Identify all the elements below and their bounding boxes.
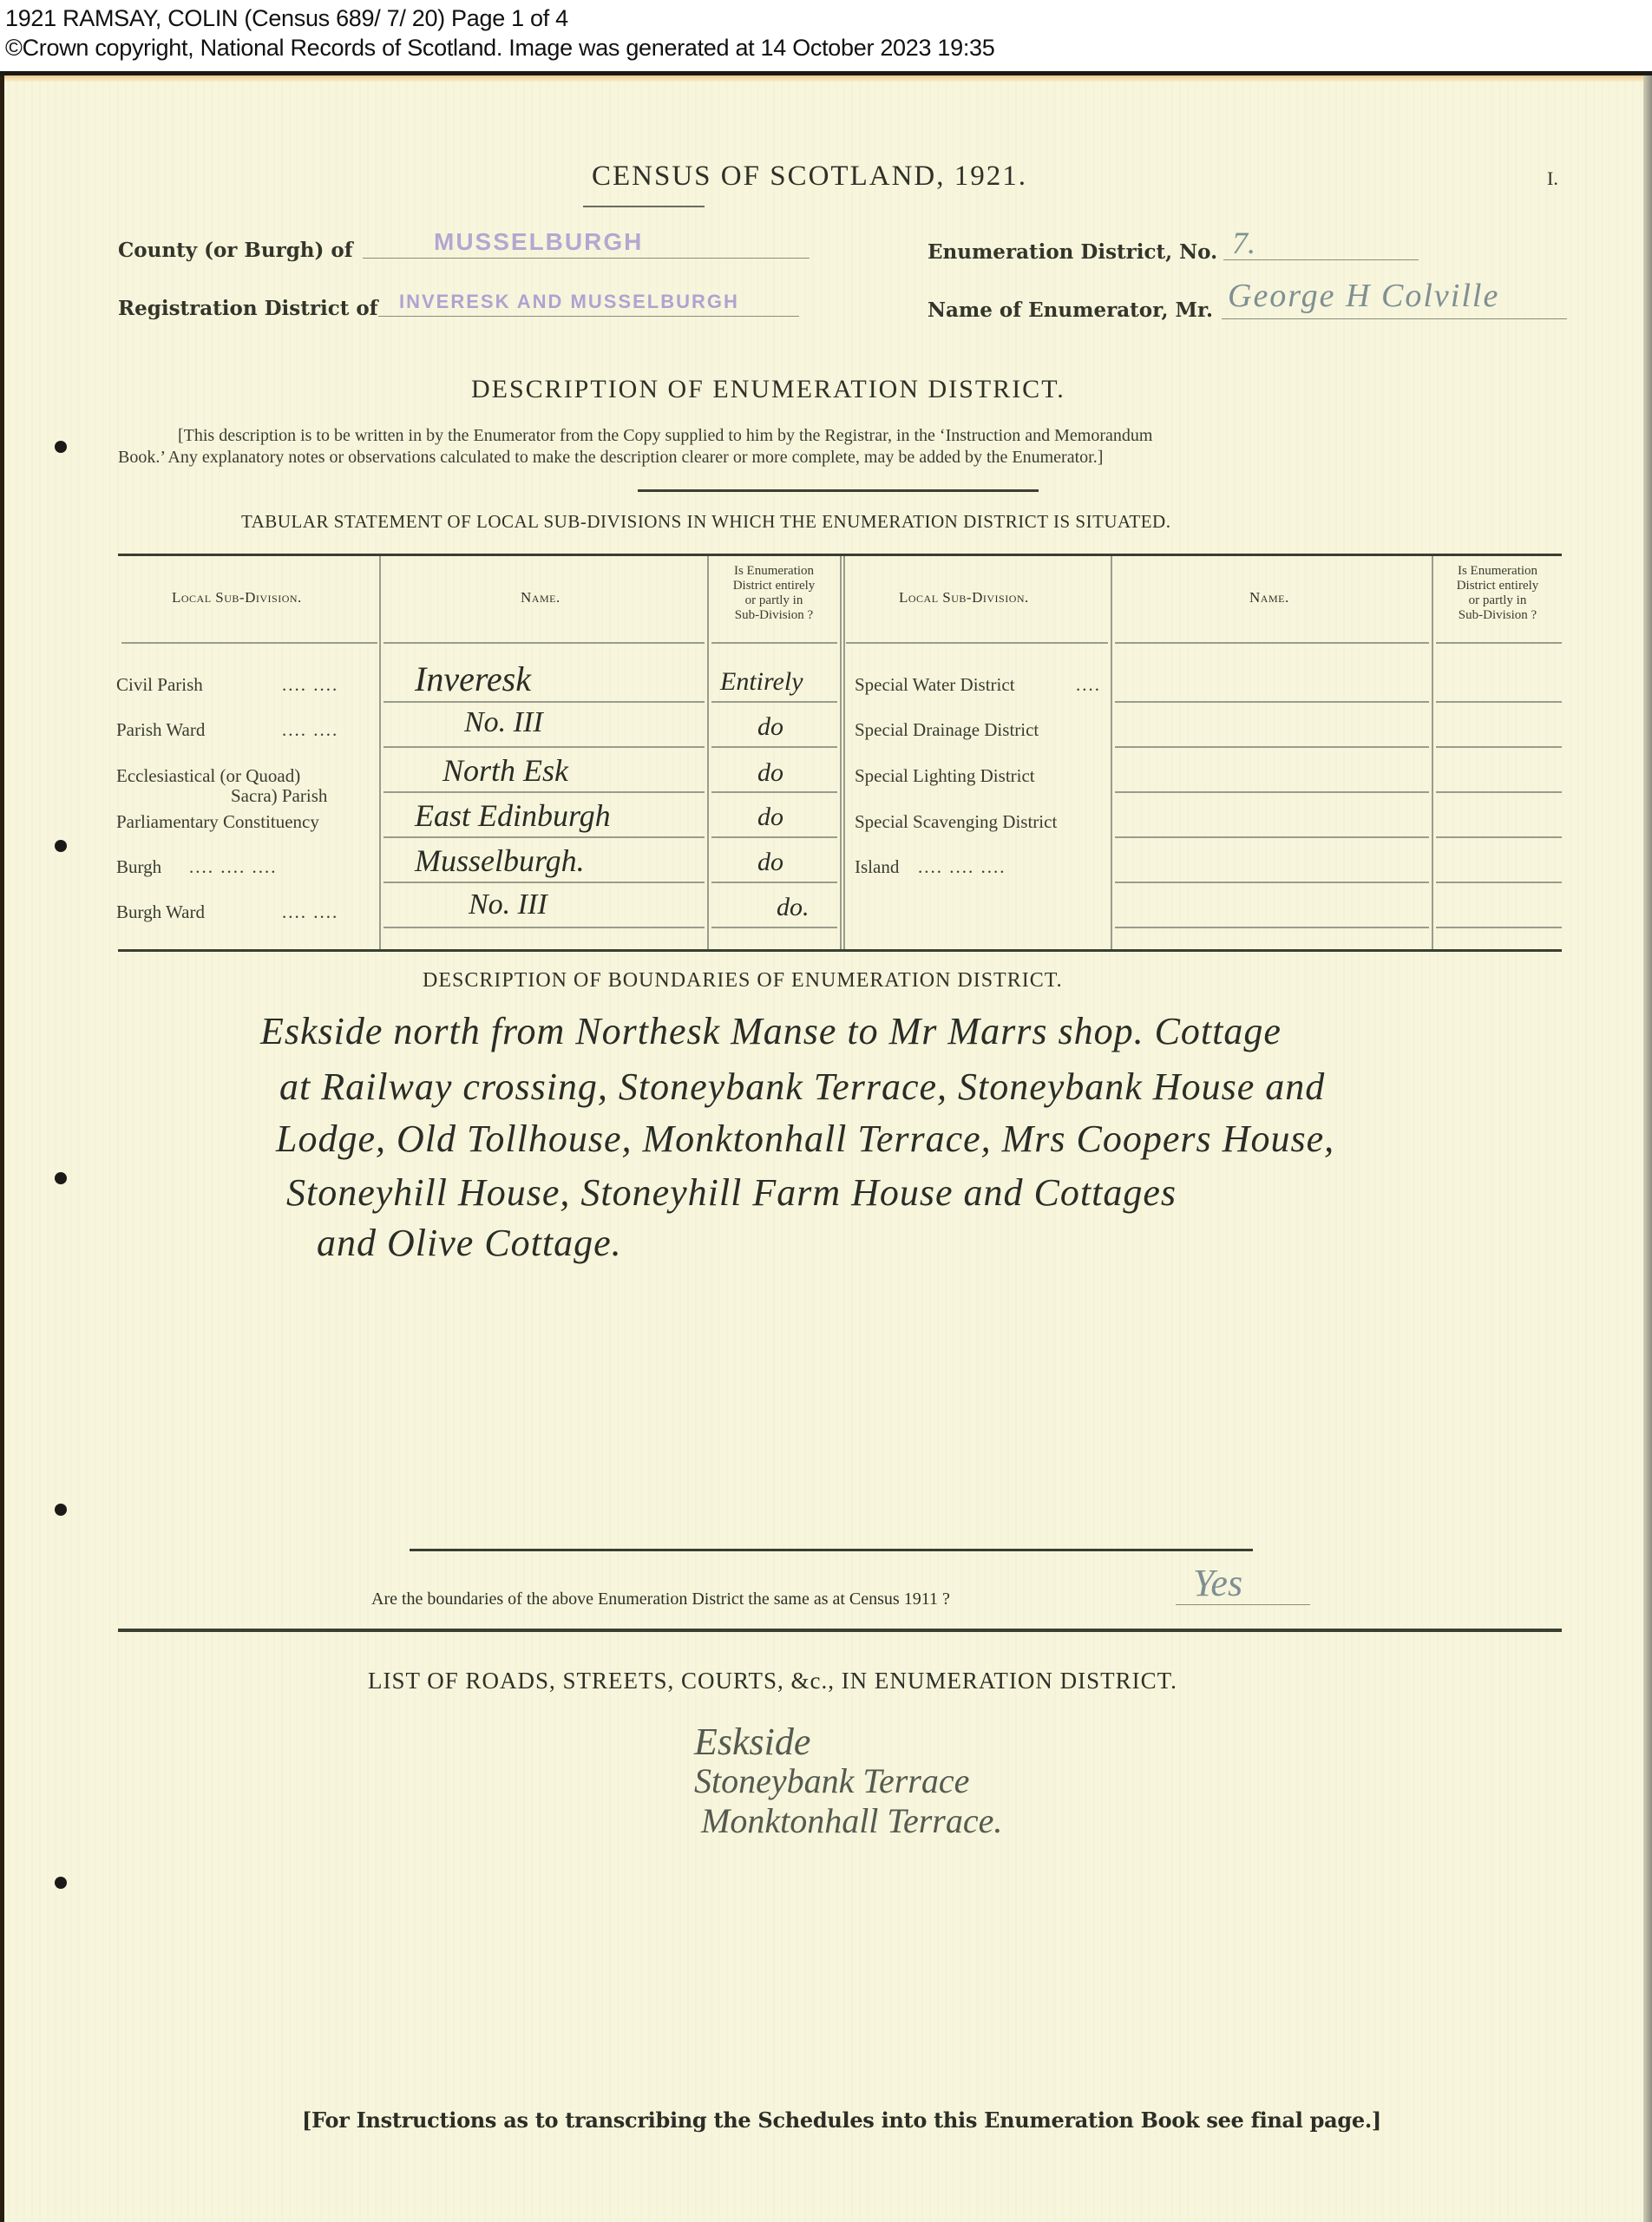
row-line xyxy=(711,791,837,793)
enum-district-label: Enumeration District, No. xyxy=(928,240,1217,264)
row-dots: .... .... .... xyxy=(189,856,278,878)
binding-hole xyxy=(55,840,67,852)
binding-hole xyxy=(55,1877,67,1889)
row-line xyxy=(1115,791,1429,793)
row-line xyxy=(1436,927,1562,928)
row-line xyxy=(711,927,837,928)
row-line xyxy=(1436,746,1562,748)
registration-label: Registration District of xyxy=(118,297,378,320)
row-name-value: East Edinburgh xyxy=(415,797,611,834)
row-label: Special Water District xyxy=(855,674,1015,696)
county-label: County (or Burgh) of xyxy=(118,239,353,262)
binding-hole xyxy=(55,441,67,453)
same-as-1911-answer: Yes xyxy=(1193,1561,1242,1605)
header-underline xyxy=(383,642,705,644)
binding-hole xyxy=(55,1172,67,1184)
row-label: Parish Ward xyxy=(116,719,205,741)
header-name-right: Name. xyxy=(1249,589,1289,606)
row-line xyxy=(383,836,705,838)
row-label: Burgh xyxy=(116,856,161,878)
row-line xyxy=(711,746,837,748)
header-local-subdivision-right: Local Sub-Division. xyxy=(899,589,1029,606)
row-dots: .... .... xyxy=(282,719,338,741)
boundary-line: Eskside north from Northesk Manse to Mr … xyxy=(260,1009,1282,1053)
header-entirely-line: Is Enumeration xyxy=(1433,564,1562,579)
row-entirely-value: do xyxy=(757,803,783,832)
header-entirely-line: Is Enumeration xyxy=(710,564,838,579)
row-line xyxy=(1115,836,1429,838)
section-divider xyxy=(638,489,1039,492)
row-entirely-value: do xyxy=(757,712,783,742)
header-underline xyxy=(1115,642,1429,644)
row-dots: .... xyxy=(1076,674,1101,696)
row-entirely-value: do xyxy=(757,758,783,788)
col-divider xyxy=(379,556,381,949)
street-item: Monktonhall Terrace. xyxy=(701,1800,1002,1841)
row-line xyxy=(711,882,837,883)
col-divider xyxy=(1111,556,1112,949)
boundary-line: at Railway crossing, Stoneybank Terrace,… xyxy=(279,1065,1325,1109)
col-divider xyxy=(707,556,709,949)
row-label-continued: Sacra) Parish xyxy=(231,785,327,807)
row-label: Parliamentary Constituency xyxy=(116,811,319,833)
col-divider xyxy=(840,556,842,949)
street-item: Eskside xyxy=(694,1720,810,1764)
row-dots: .... .... xyxy=(282,674,338,696)
title-underline xyxy=(583,206,705,207)
row-line xyxy=(383,701,705,703)
row-label: Special Drainage District xyxy=(855,719,1039,741)
row-line xyxy=(1115,927,1429,928)
row-label: Special Lighting District xyxy=(855,765,1035,787)
row-line xyxy=(383,791,705,793)
row-line xyxy=(383,882,705,883)
section-divider xyxy=(410,1549,1253,1551)
row-line xyxy=(383,746,705,748)
row-name-value: Musselburgh. xyxy=(415,842,585,879)
header-underline xyxy=(1436,642,1562,644)
boundary-line: and Olive Cottage. xyxy=(317,1221,622,1265)
description-note-line1: [This description is to be written in by… xyxy=(178,425,1152,447)
binding-hole xyxy=(55,1504,67,1516)
header-underline xyxy=(846,642,1108,644)
description-note-line2: Book.’ Any explanatory notes or observat… xyxy=(118,447,1103,469)
header-entirely-line: or partly in xyxy=(1433,593,1562,608)
enumerator-label: Name of Enumerator, Mr. xyxy=(928,298,1213,322)
tabular-heading: TABULAR STATEMENT OF LOCAL SUB-DIVISIONS… xyxy=(241,511,1170,533)
row-line xyxy=(711,701,837,703)
row-line xyxy=(1436,882,1562,883)
section-divider xyxy=(118,1629,1562,1632)
enumerator-value: George H Colville xyxy=(1228,277,1499,315)
county-fill-line xyxy=(363,258,810,259)
copyright-notice: ©Crown copyright, National Records of Sc… xyxy=(5,35,994,62)
street-item: Stoneybank Terrace xyxy=(694,1760,969,1801)
census-page: CENSUS OF SCOTLAND, 1921. I. County (or … xyxy=(0,71,1652,2222)
row-entirely-value: do xyxy=(757,848,783,877)
row-line xyxy=(711,836,837,838)
row-line xyxy=(1115,882,1429,883)
enumerator-fill-line xyxy=(1222,318,1567,319)
row-name-value: Inveresk xyxy=(415,659,531,699)
row-label: Island xyxy=(855,856,899,878)
row-label: Ecclesiastical (or Quoad) xyxy=(116,765,300,787)
row-name-value: No. III xyxy=(469,888,547,921)
row-line xyxy=(1115,701,1429,703)
registration-stamp: INVERESK AND MUSSELBURGH xyxy=(399,291,739,313)
streets-heading: LIST OF ROADS, STREETS, COURTS, &c., IN … xyxy=(368,1668,1177,1694)
header-entirely-left: Is Enumeration District entirely or part… xyxy=(710,564,838,623)
header-name-left: Name. xyxy=(521,589,560,606)
table-bottom-rule xyxy=(118,949,1562,952)
page-edge-shading xyxy=(4,75,1643,82)
row-dots: .... .... xyxy=(282,901,338,923)
row-line xyxy=(1436,701,1562,703)
description-heading: DESCRIPTION OF ENUMERATION DISTRICT. xyxy=(471,375,1065,404)
row-label: Burgh Ward xyxy=(116,901,205,923)
header-entirely-line: Sub-Division ? xyxy=(710,608,838,623)
same-as-1911-question: Are the boundaries of the above Enumerat… xyxy=(371,1589,950,1609)
county-stamp: MUSSELBURGH xyxy=(434,228,643,256)
row-entirely-value: do. xyxy=(777,893,810,922)
row-line xyxy=(1436,791,1562,793)
header-entirely-line: District entirely xyxy=(1433,579,1562,593)
header-underline xyxy=(711,642,837,644)
row-name-value: North Esk xyxy=(442,752,568,789)
row-label: Civil Parish xyxy=(116,674,203,696)
record-title: 1921 RAMSAY, COLIN (Census 689/ 7/ 20) P… xyxy=(5,5,568,32)
header-underline xyxy=(121,642,377,644)
registration-fill-line xyxy=(378,316,799,317)
col-divider xyxy=(843,556,845,949)
row-entirely-value: Entirely xyxy=(720,667,803,697)
row-name-value: No. III xyxy=(464,706,543,739)
footer-instructions: [For Instructions as to transcribing the… xyxy=(302,2107,1381,2133)
header-entirely-right: Is Enumeration District entirely or part… xyxy=(1433,564,1562,623)
row-line xyxy=(383,927,705,928)
row-line xyxy=(1436,836,1562,838)
row-line xyxy=(1115,746,1429,748)
boundary-line: Lodge, Old Tollhouse, Monktonhall Terrac… xyxy=(276,1117,1334,1161)
enum-district-value: 7. xyxy=(1232,225,1255,261)
row-dots: .... .... .... xyxy=(918,856,1006,878)
header-entirely-line: or partly in xyxy=(710,593,838,608)
row-label: Special Scavenging District xyxy=(855,811,1057,833)
header-entirely-line: District entirely xyxy=(710,579,838,593)
boundaries-heading: DESCRIPTION OF BOUNDARIES OF ENUMERATION… xyxy=(423,969,1063,993)
header-local-subdivision-left: Local Sub-Division. xyxy=(172,589,302,606)
page-marker: I. xyxy=(1547,167,1558,190)
form-title: CENSUS OF SCOTLAND, 1921. xyxy=(592,161,1027,193)
boundary-line: Stoneyhill House, Stoneyhill Farm House … xyxy=(286,1170,1177,1215)
header-entirely-line: Sub-Division ? xyxy=(1433,608,1562,623)
